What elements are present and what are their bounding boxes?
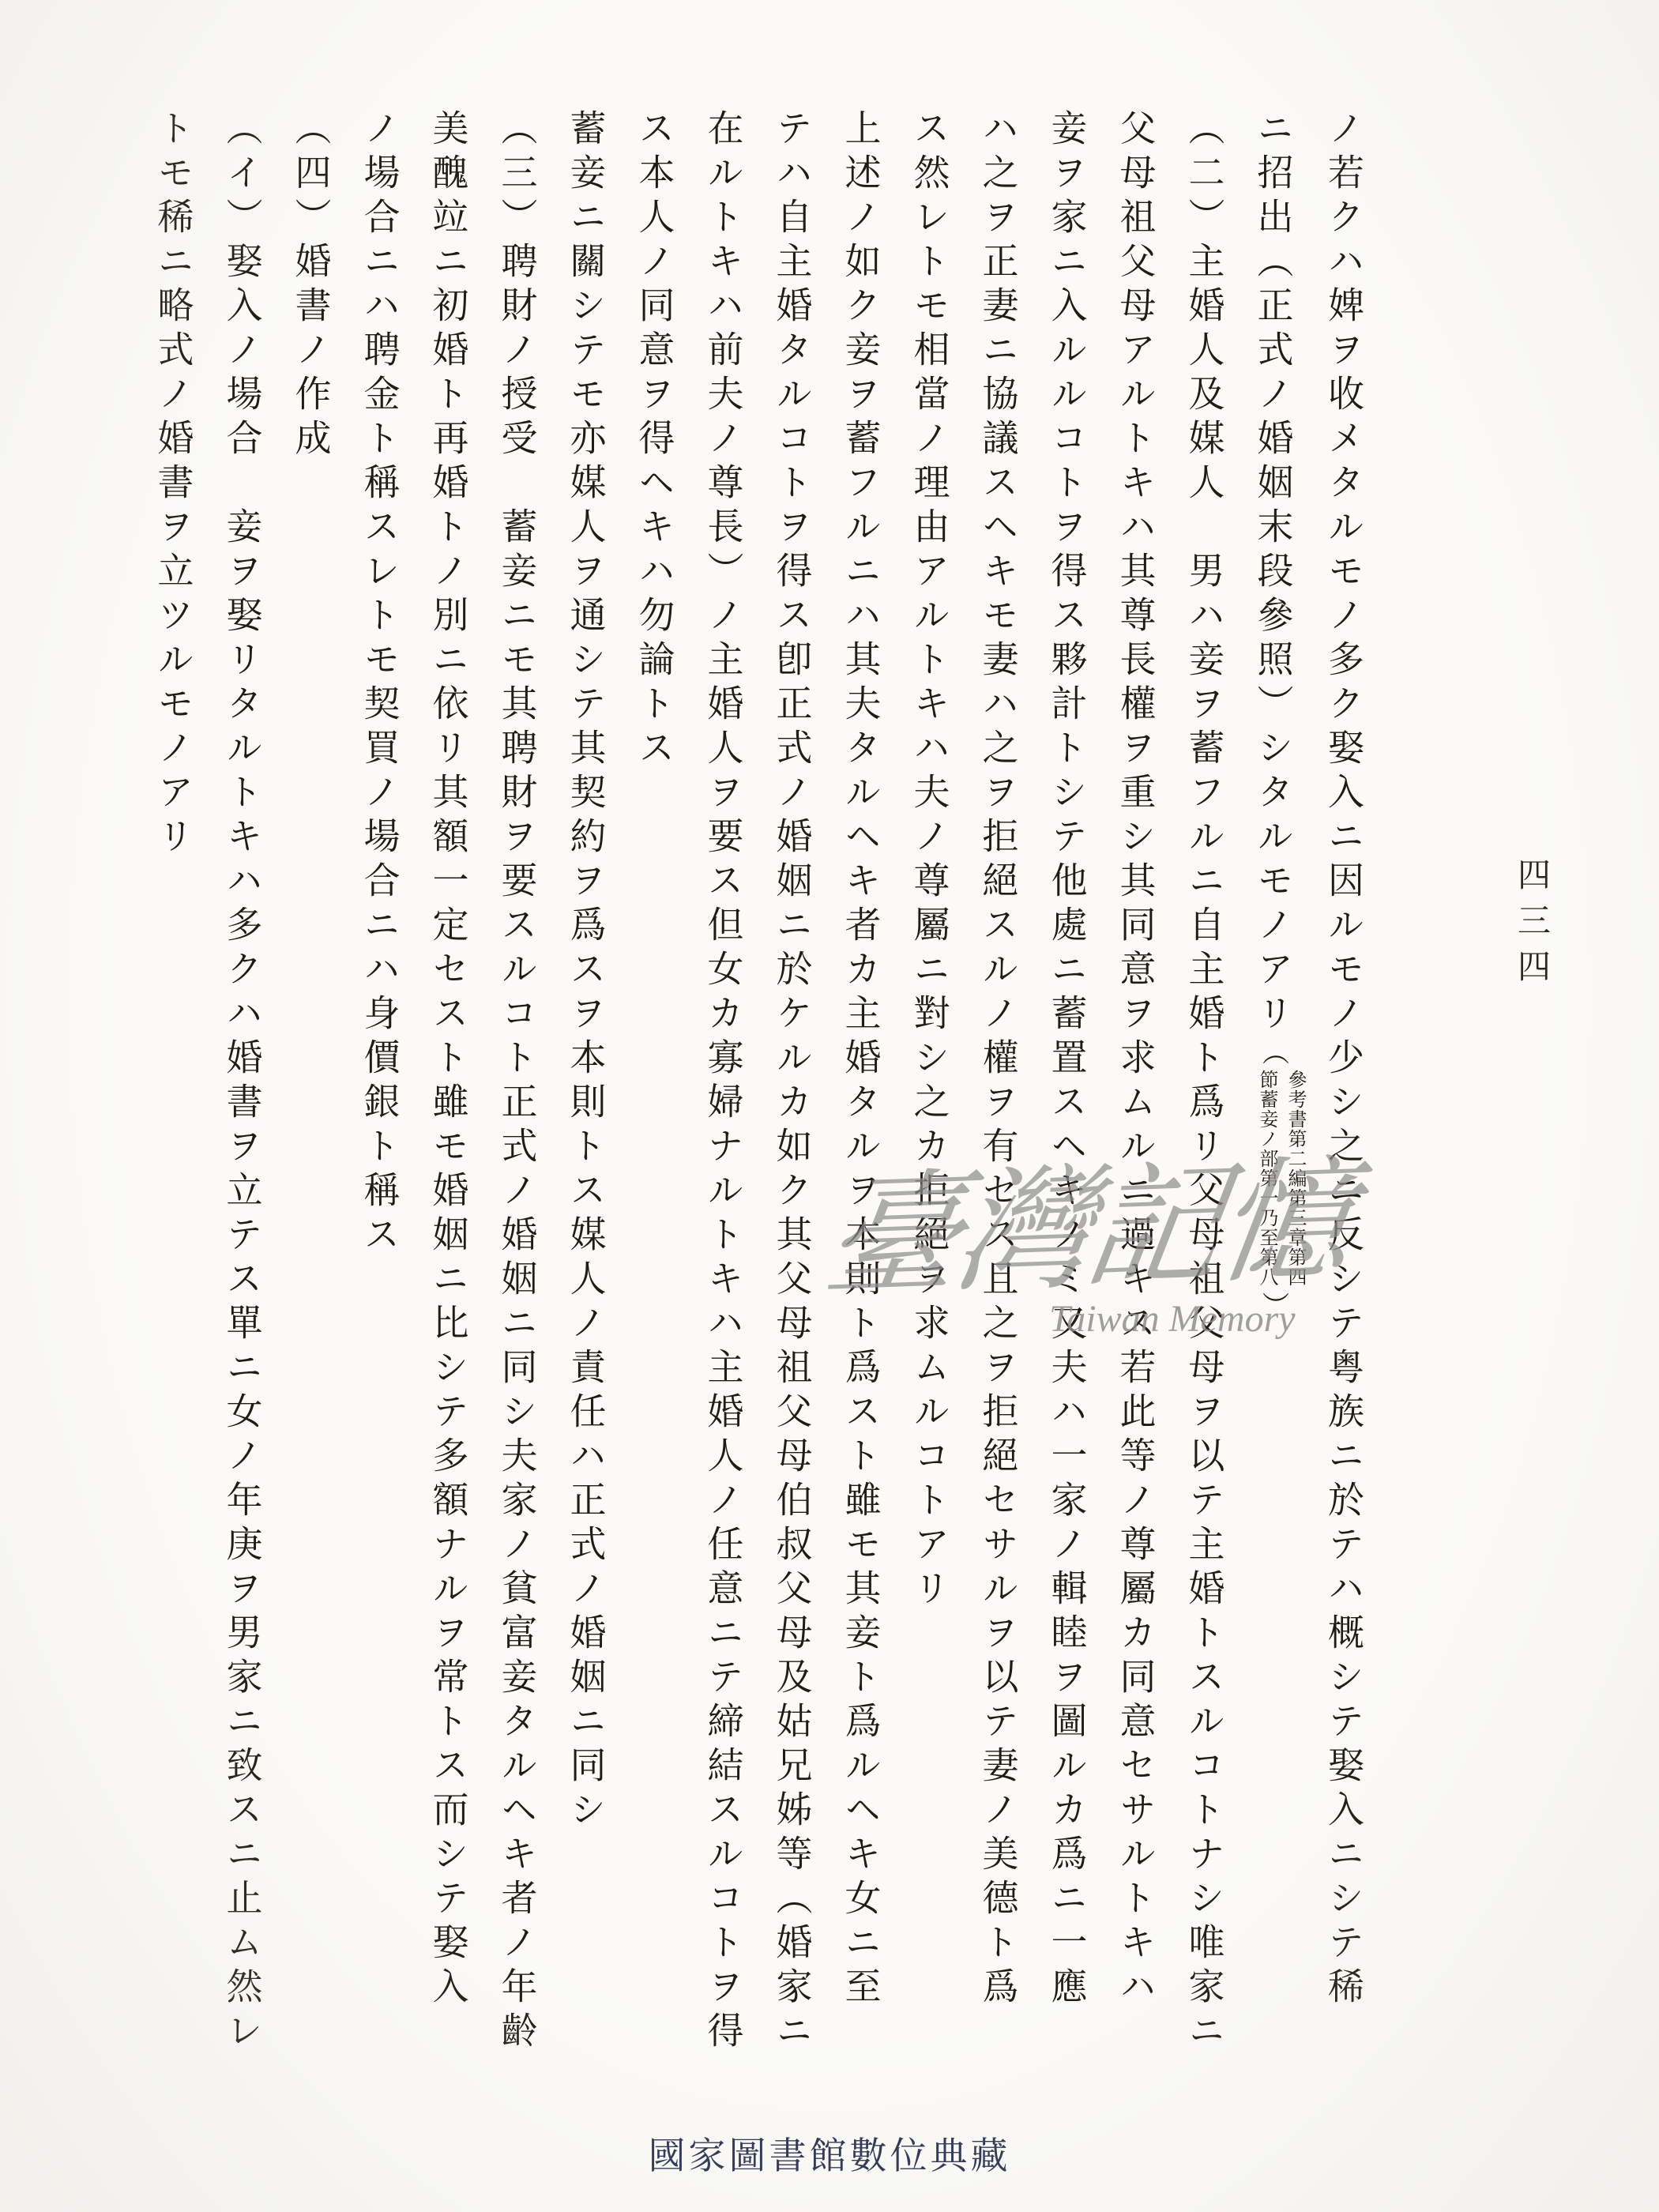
reference-note-line: 節蓄妾ノ部第一乃至第八 (1252, 1070, 1281, 1287)
text-column: トモ稀ニ略式ノ婚書ヲ立ツルモノアリ (138, 109, 207, 2068)
text-column: ニ招出（正式ノ婚姻末段參照）シタルモノアリ（參考書第二編第三章第四節蓄妾ノ部第一… (1238, 109, 1309, 2068)
reference-note-lines: 參考書第二編第三章第四節蓄妾ノ部第一乃至第八 (1252, 1070, 1309, 1287)
text-column: ス然レトモ相當ノ理由アルトキハ夫ノ尊屬ニ對シ之カ拒絕ヲ求ムルコトアリ (894, 109, 963, 2068)
text-column: 美醜竝ニ初婚ト再婚トノ別ニ依リ其額一定セスト雖モ婚姻ニ比シテ多額ナルヲ常トス而シ… (413, 109, 482, 2068)
library-caption: 國家圖書館數位典藏 (0, 2127, 1659, 2180)
text-column: （イ）娶入ノ場合 妾ヲ娶リタルトキハ多クハ婚書ヲ立テス單ニ女ノ年庚ヲ男家ニ致スニ… (207, 109, 276, 2068)
text-column: （四）婚書ノ作成 (276, 109, 344, 2068)
paren-close: ） (1258, 1292, 1287, 1319)
text-column: 在ルトキハ前夫ノ尊長）ノ主婚人ヲ要ス但女カ寡婦ナルトキハ主婚人ノ任意ニテ締結スル… (688, 109, 757, 2068)
column-text: ニ招出（正式ノ婚姻末段參照）シタルモノアリ (1252, 109, 1292, 1038)
text-column: ノ場合ニハ聘金ト稱スレトモ契買ノ場合ニハ身價銀ト稱ス (344, 109, 413, 2068)
page-number: 四三四 (1507, 857, 1555, 995)
text-column: 上述ノ如ク妾ヲ蓄フルニハ其夫タルヘキ者カ主婚タルヲ本則ト爲スト雖モ其妾ト爲ルヘキ… (826, 109, 894, 2068)
scanned-document-page: ノ若クハ婢ヲ收メタルモノ多ク娶入ニ因ルモノ少シ之ニ反シテ粤族ニ於テハ概シテ娶入ニ… (0, 0, 1659, 2212)
text-column: （二）主婚人及媒人 男ハ妾ヲ蓄フルニ自主婚ト爲リ父母祖父母ヲ以テ主婚トスルコトナ… (1169, 109, 1238, 2068)
text-column: （三）聘財ノ授受 蓄妾ニモ其聘財ヲ要スルコト正式ノ婚姻ニ同シ夫家ノ貧富妾タルヘキ… (482, 109, 551, 2068)
reference-note: （參考書第二編第三章第四節蓄妾ノ部第一乃至第八） (1252, 1038, 1292, 1319)
text-column: 蓄妾ニ關シテモ亦媒人ヲ通シテ其契約ヲ爲スヲ本則トス媒人ノ責任ハ正式ノ婚姻ニ同シ (551, 109, 619, 2068)
text-column: 妾ヲ家ニ入ルルコトヲ得ス夥計トシテ他處ニ蓄置スヘキノミ又夫ハ一家ノ輯睦ヲ圖ルカ爲… (1032, 109, 1100, 2068)
text-column: テハ自主婚タルコトヲ得ス卽正式ノ婚姻ニ於ケルカ如ク其父母祖父母伯叔父母及姑兄姊等… (757, 109, 826, 2068)
reference-note-line: 參考書第二編第三章第四 (1281, 1070, 1309, 1287)
text-column: ハ之ヲ正妻ニ協議スヘキモ妻ハ之ヲ拒絕スルノ權ヲ有セス且之ヲ拒絕セサルヲ以テ妻ノ美… (963, 109, 1032, 2068)
text-column: ノ若クハ婢ヲ收メタルモノ多ク娶入ニ因ルモノ少シ之ニ反シテ粤族ニ於テハ概シテ娶入ニ… (1309, 109, 1378, 2068)
text-column: 父母祖父母アルトキハ其尊長權ヲ重シ其同意ヲ求ムルニ過キス若此等ノ尊屬カ同意セサル… (1100, 109, 1169, 2068)
paren-open: （ (1258, 1038, 1287, 1065)
body-text: ノ若クハ婢ヲ收メタルモノ多ク娶入ニ因ルモノ少シ之ニ反シテ粤族ニ於テハ概シテ娶入ニ… (138, 109, 1378, 2068)
text-column: ス本人ノ同意ヲ得ヘキハ勿論トス (619, 109, 688, 2068)
